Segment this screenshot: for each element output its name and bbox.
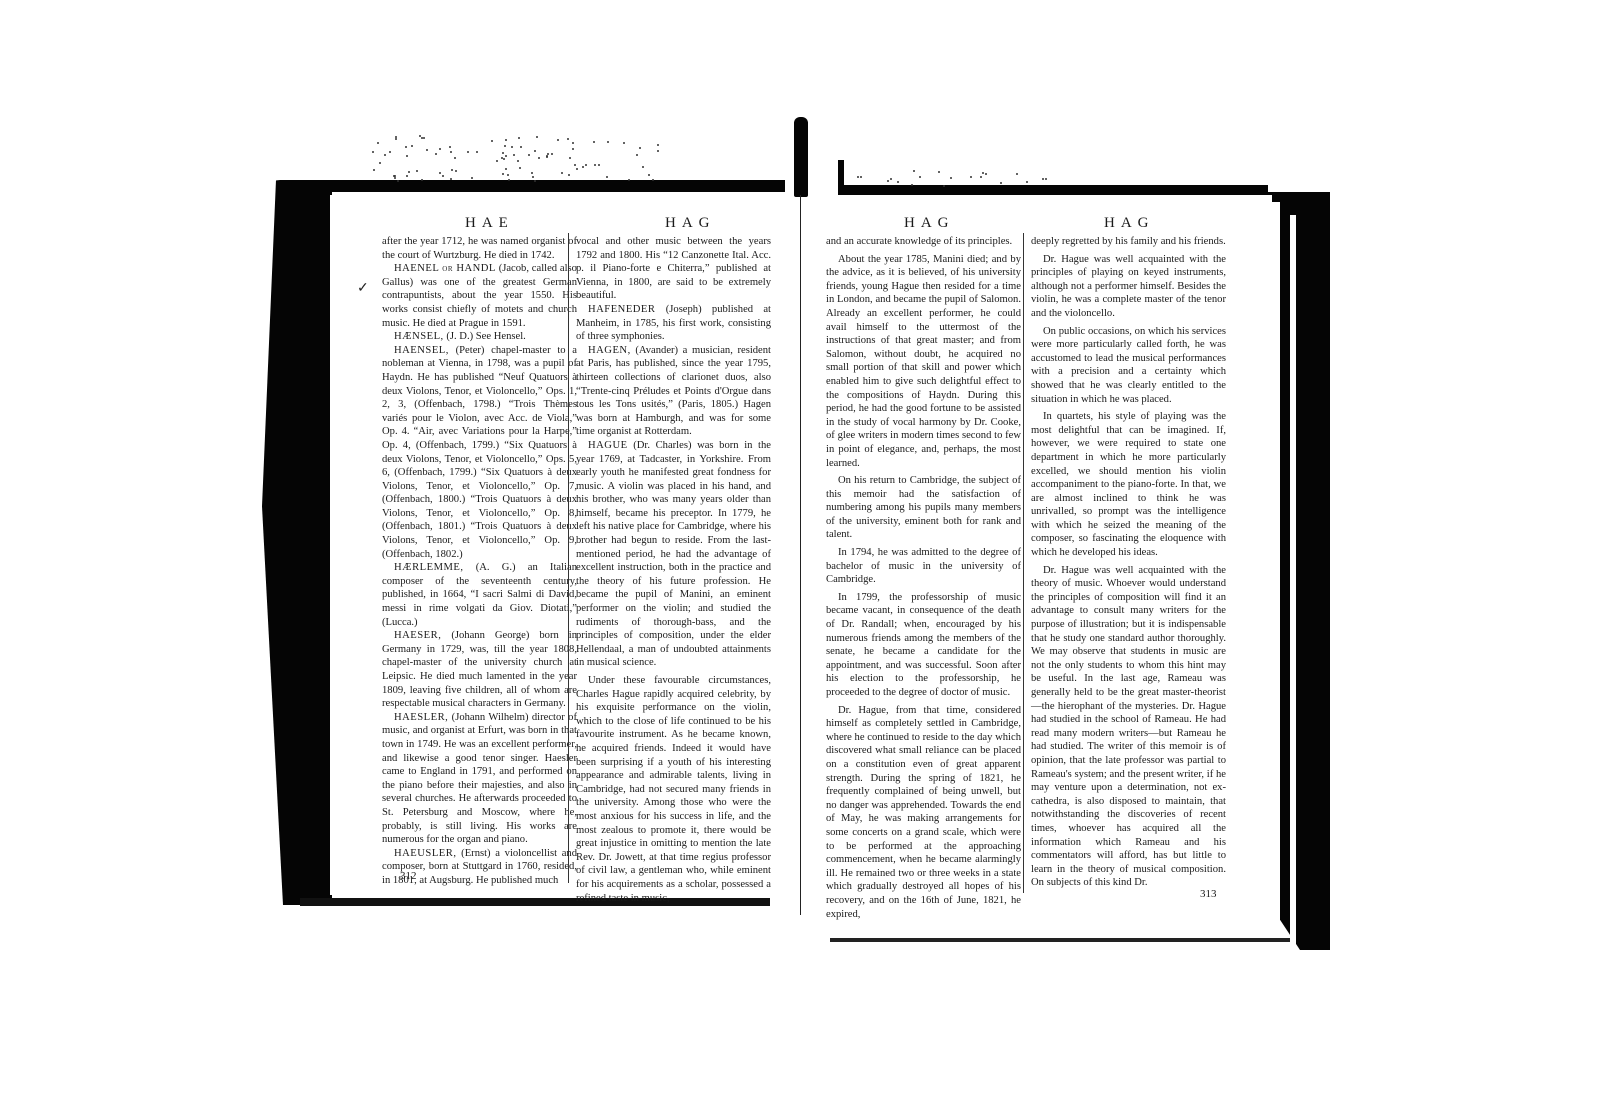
entry-headword: HAENEL or HANDL <box>394 263 496 274</box>
book-spine-shadow <box>794 117 808 197</box>
dictionary-entry: HAENEL or HANDL (Jacob, called also Gall… <box>382 262 577 330</box>
paragraph: On public occasions, on which his servic… <box>1031 325 1226 407</box>
running-header-left-col1: HAE <box>465 215 514 232</box>
left-page-column-2: vocal and other music between the years … <box>576 235 771 905</box>
running-header-left-col2: HAG <box>665 215 716 232</box>
book-cover-right-edge <box>1280 195 1330 950</box>
paragraph: Under these favourable circumstances, Ch… <box>576 674 771 905</box>
column-rule <box>1023 233 1024 893</box>
entry-headword: HAENSEL, <box>394 345 449 356</box>
dictionary-entry: HAGEN, (Avander) a musician, resident at… <box>576 344 771 439</box>
book-top-edge-left <box>290 180 785 192</box>
entry-headword: HÆNSEL, <box>394 331 444 342</box>
entry-headword: HAESLER, <box>394 712 448 723</box>
book-bottom-edge-right <box>830 938 1290 942</box>
paragraph: In 1799, the professorship of music beca… <box>826 591 1021 700</box>
running-header-right-col2: HAG <box>1104 215 1155 232</box>
page-number-left: 312 <box>400 870 417 882</box>
dictionary-entry: HAESLER, (Johann Wilhelm) director of mu… <box>382 711 577 847</box>
paragraph: About the year 1785, Manini died; and by… <box>826 253 1021 471</box>
entry-headword: HAGUE <box>588 440 628 451</box>
entry-headword: HÆRLEMME, <box>394 562 464 573</box>
running-header-right-col1: HAG <box>904 215 955 232</box>
margin-check-mark: ✓ <box>357 280 369 297</box>
paragraph: On his return to Cambridge, the subject … <box>826 474 1021 542</box>
entry-headword: HAEUSLER, <box>394 848 456 859</box>
left-page: HAE HAG after the year 1712, he was name… <box>330 195 792 895</box>
paragraph: and an accurate knowledge of its princip… <box>826 235 1021 249</box>
column-rule <box>568 233 569 883</box>
right-page: HAG HAG and an accurate knowledge of its… <box>812 195 1272 935</box>
page-edge-highlight <box>1290 215 1296 945</box>
dictionary-entry: HAFENEDER (Joseph) published at Manheim,… <box>576 303 771 344</box>
entry-headword: HAGEN, <box>588 345 631 356</box>
paragraph: In 1794, he was admitted to the degree o… <box>826 546 1021 587</box>
dictionary-entry: HÆRLEMME, (A. G.) an Italian composer of… <box>382 561 577 629</box>
paragraph: deeply regretted by his family and his f… <box>1031 235 1226 249</box>
paragraph: after the year 1712, he was named organi… <box>382 235 577 262</box>
dictionary-entry: HAENSEL, (Peter) chapel-master to a nobl… <box>382 344 577 562</box>
gutter-line <box>800 195 801 915</box>
paragraph: In quartets, his style of playing was th… <box>1031 410 1226 560</box>
book-cover-left-edge <box>262 180 332 905</box>
paragraph: Dr. Hague was well acquainted with the p… <box>1031 253 1226 321</box>
page-number-right: 313 <box>1200 888 1217 900</box>
dictionary-entry: HÆNSEL, (J. D.) See Hensel. <box>382 330 577 344</box>
entry-headword: HAESER, <box>394 630 441 641</box>
dictionary-entry: HAESER, (Johann George) born in Germany … <box>382 629 577 711</box>
dictionary-entry: HAGUE (Dr. Charles) was born in the year… <box>576 439 771 670</box>
paragraph: vocal and other music between the years … <box>576 235 771 303</box>
paragraph: Dr. Hague was well acquainted with the t… <box>1031 564 1226 890</box>
paragraph: Dr. Hague, from that time, considered hi… <box>826 704 1021 922</box>
right-page-column-1: and an accurate knowledge of its princip… <box>826 235 1021 921</box>
entry-headword: HAFENEDER <box>588 304 655 315</box>
left-page-column-1: after the year 1712, he was named organi… <box>382 235 577 888</box>
right-page-column-2: deeply regretted by his family and his f… <box>1031 235 1226 890</box>
